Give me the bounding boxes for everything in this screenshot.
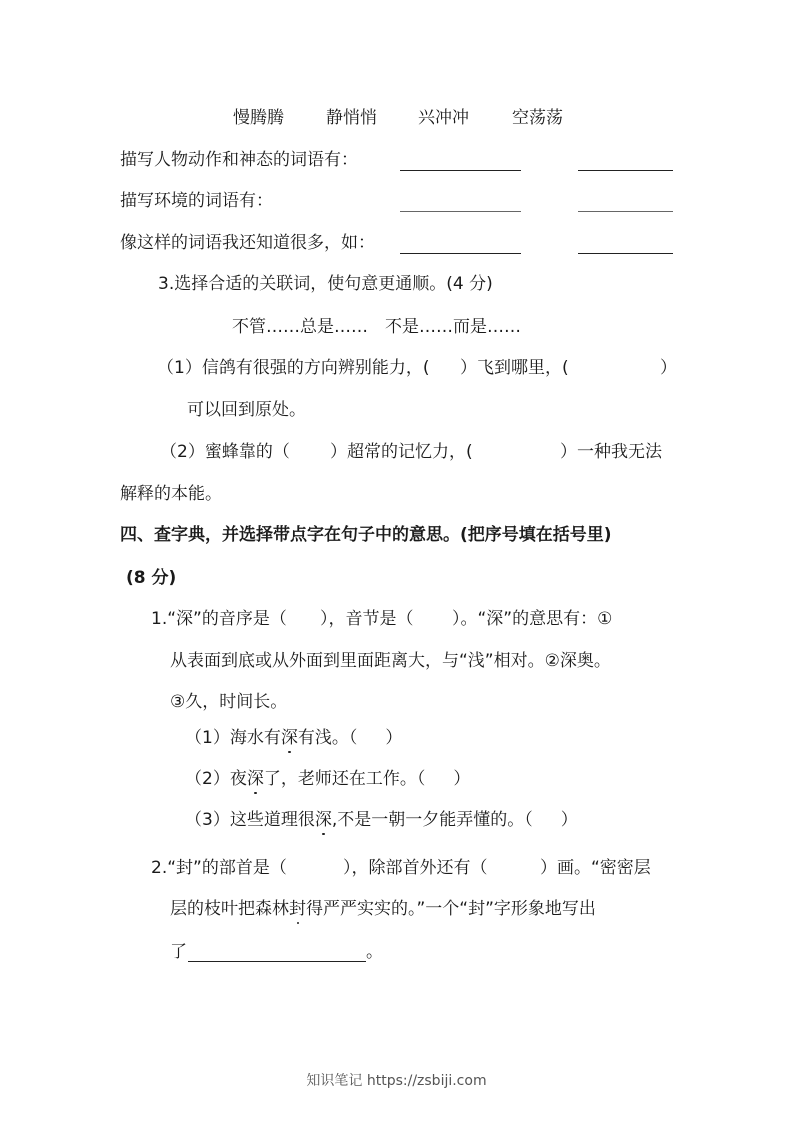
q3-item2-text: ）一种我无法	[560, 441, 662, 463]
sub-text: （2）夜	[185, 769, 247, 789]
answer-blank[interactable]	[400, 211, 521, 212]
conjunction-option: 不管……总是……	[232, 316, 368, 338]
q3-item2-text: （2）蜜蜂靠的（	[160, 441, 290, 463]
q2-text: 。	[366, 941, 383, 963]
q1-sub-item: （1）海水有深有浅。（）	[185, 727, 402, 749]
section-score: (8 分)	[126, 567, 176, 589]
question-title: 3.选择合适的关联词，使句意更通顺。(4 分)	[158, 273, 493, 295]
footer-watermark: 知识笔记 https://zsbiji.com	[0, 1070, 793, 1090]
answer-blank[interactable]	[400, 253, 521, 254]
sub-text: ）	[561, 810, 578, 830]
q1-text: 从表面到底或从外面到里面距离大，与“浅”相对。②深奥。	[170, 650, 611, 672]
sub-text: （3）这些道理很	[185, 810, 315, 830]
dotted-char: 封	[289, 898, 306, 920]
q1-sub-item: （2）夜深了，老师还在工作。（）	[185, 768, 470, 790]
sub-text: 有浅。（	[298, 728, 358, 748]
q2-text: 层的枝叶把森林封得严严实实的。”一个“封”字形象地写出	[170, 898, 596, 920]
q2-text: 2.“封”的部首是（	[151, 857, 287, 879]
q3-item1-text: ）	[660, 357, 677, 379]
q3-item2-text: ）超常的记忆力，(	[330, 441, 473, 463]
sub-text: 了，老师还在工作。（	[264, 769, 426, 789]
word-option: 空荡荡	[512, 107, 563, 129]
q2-text: ），除部首外还有（	[343, 857, 488, 879]
section-heading: 四、查字典，并选择带点字在句子中的意思。(把序号填在括号里)	[120, 524, 612, 546]
answer-blank[interactable]	[188, 961, 366, 962]
q1-text: ）。“深”的意思有：①	[452, 608, 612, 630]
q2-text: 了	[170, 941, 187, 963]
q3-item1-text: （1）信鸽有很强的方向辨别能力，(	[157, 357, 429, 379]
answer-blank[interactable]	[400, 170, 521, 171]
q1-text: ），音节是（	[320, 608, 414, 630]
q2-segment: 得严严实实的。”一个“封”字形象地写出	[306, 899, 596, 919]
q3-item1-text: 可以回到原处。	[187, 399, 306, 421]
dotted-char: 深	[247, 768, 264, 790]
q2-text: ）画。“密密层	[540, 857, 651, 879]
sub-text: （1）海水有	[185, 728, 281, 748]
category-label: 描写环境的词语有：	[120, 190, 273, 212]
conjunction-option: 不是……而是……	[385, 316, 521, 338]
word-option: 静悄悄	[326, 107, 377, 129]
q1-text: ③久，时间长。	[170, 691, 287, 713]
sub-text: ）	[453, 769, 470, 789]
dotted-char: 深	[281, 727, 298, 749]
q3-item1-text: ）飞到哪里，(	[460, 357, 569, 379]
category-label: 像这样的词语我还知道很多，如：	[120, 232, 375, 254]
answer-blank[interactable]	[578, 253, 673, 254]
q3-item2-text: 解释的本能。	[120, 483, 222, 505]
answer-blank[interactable]	[578, 211, 673, 212]
q2-segment: 层的枝叶把森林	[170, 899, 289, 919]
dotted-char: 深	[315, 809, 332, 831]
category-label: 描写人物动作和神态的词语有：	[120, 149, 358, 171]
word-option: 慢腾腾	[233, 107, 284, 129]
word-option: 兴冲冲	[418, 107, 469, 129]
q1-sub-item: （3）这些道理很深,不是一朝一夕能弄懂的。（）	[185, 809, 578, 831]
sub-text: ,不是一朝一夕能弄懂的。（	[332, 810, 533, 830]
answer-blank[interactable]	[578, 170, 673, 171]
q1-text: 1.“深”的音序是（	[151, 608, 287, 630]
sub-text: ）	[385, 728, 402, 748]
